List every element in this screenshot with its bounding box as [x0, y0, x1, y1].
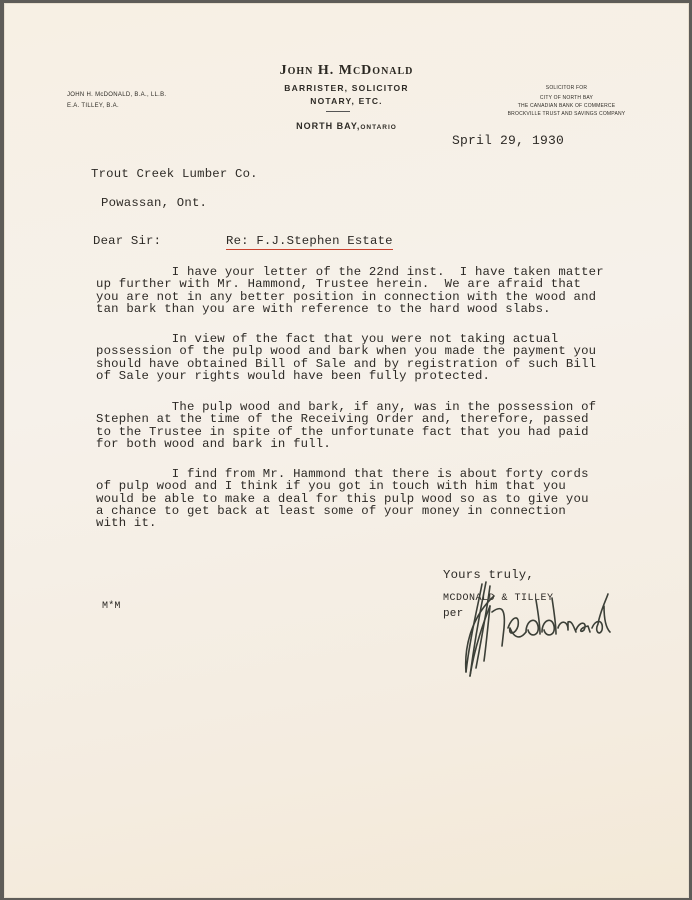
document-frame: John H. McDonald BARRISTER, SOLICITOR NO…: [4, 3, 689, 898]
paragraph-line: Stephen at the time of the Receiving Ord…: [96, 413, 656, 425]
letterhead-name: John H. McDonald: [5, 63, 688, 79]
paragraph-3: The pulp wood and bark, if any, was in t…: [96, 401, 656, 450]
paragraph-line: with it.: [96, 517, 656, 529]
paragraph-line: possession of the pulp wood and bark whe…: [96, 345, 656, 357]
partner-1: JOHN H. McDONALD, B.A., LL.B.: [67, 90, 166, 101]
client-2: THE CANADIAN BANK OF COMMERCE: [499, 102, 634, 110]
paragraph-line: of pulp wood and I think if you got in t…: [96, 480, 656, 492]
letterhead-city: NORTH BAY,ONTARIO: [5, 121, 688, 131]
client-1: CITY OF NORTH BAY: [499, 94, 634, 102]
recipient-location: Powassan, Ont.: [101, 196, 207, 210]
letterhead-province: ONTARIO: [360, 124, 397, 131]
paragraph-line: for both wood and bark in full.: [96, 438, 656, 450]
letterhead-solicitor-for: SOLICITOR FOR CITY OF NORTH BAY THE CANA…: [499, 84, 634, 118]
recipient-name: Trout Creek Lumber Co.: [91, 167, 258, 181]
letterhead-partners: JOHN H. McDONALD, B.A., LL.B. E.A. TILLE…: [67, 90, 166, 112]
paragraph-2: In view of the fact that you were not ta…: [96, 333, 656, 382]
solicitor-for-heading: SOLICITOR FOR: [499, 84, 634, 92]
paragraph-line: a chance to get back at least some of yo…: [96, 505, 656, 517]
letter-date: Spril 29, 1930: [452, 133, 564, 148]
paragraph-line: up further with Mr. Hammond, Trustee her…: [96, 278, 656, 290]
paragraph-4: I find from Mr. Hammond that there is ab…: [96, 468, 656, 529]
paragraph-line: of Sale your rights would have been full…: [96, 370, 656, 382]
letterhead-divider: [326, 111, 350, 112]
partner-2: E.A. TILLEY, B.A.: [67, 101, 166, 112]
signature-icon: [460, 576, 620, 681]
letterhead-city-name: NORTH BAY,: [296, 121, 360, 131]
client-3: BROCKVILLE TRUST AND SAVINGS COMPANY: [499, 110, 634, 118]
typist-initials: M*M: [102, 601, 121, 612]
paragraph-1: I have your letter of the 22nd inst. I h…: [96, 266, 656, 315]
salutation: Dear Sir:: [93, 234, 161, 248]
letter-paper: John H. McDonald BARRISTER, SOLICITOR NO…: [5, 4, 688, 897]
subject-line: Re: F.J.Stephen Estate: [226, 234, 393, 250]
paragraph-line: tan bark than you are with reference to …: [96, 303, 656, 315]
